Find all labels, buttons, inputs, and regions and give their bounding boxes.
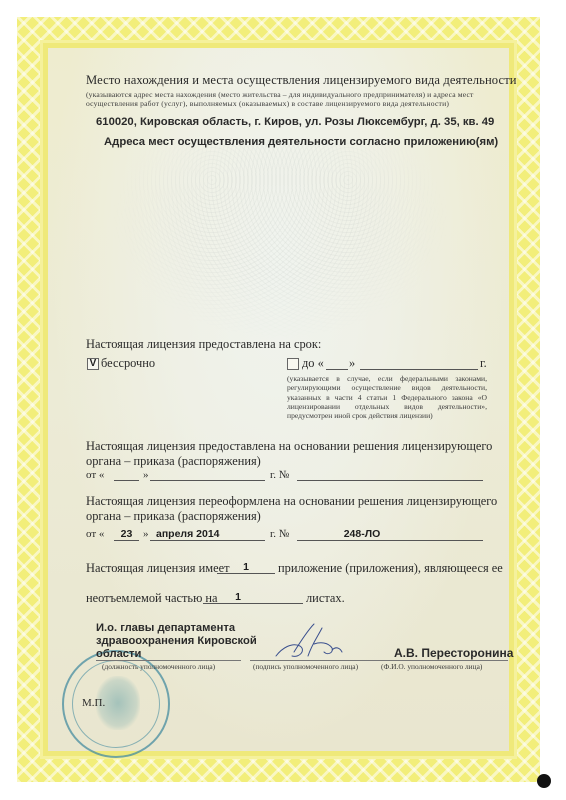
reissued-number-field[interactable] bbox=[297, 540, 483, 541]
reissued-year-label: г. № bbox=[270, 528, 289, 540]
seal-label: М.П. bbox=[82, 697, 105, 709]
appendix-count-value: 1 bbox=[217, 561, 275, 573]
signer-name: А.В. Пересторонина bbox=[394, 646, 513, 660]
reissued-quote-close: » bbox=[143, 528, 149, 540]
sheet-count-field[interactable] bbox=[203, 603, 303, 604]
reissued-month-year-value: апреля 2014 bbox=[150, 528, 236, 540]
position-caption: (должность уполномоченного лица) bbox=[102, 662, 215, 671]
handwritten-signature bbox=[270, 622, 350, 662]
address-text: 610020, Кировская область, г. Киров, ул.… bbox=[96, 116, 494, 128]
unlimited-checkbox[interactable]: V bbox=[87, 358, 99, 370]
until-prefix: до « bbox=[302, 356, 324, 371]
position-line bbox=[96, 660, 241, 661]
granted-number-field[interactable] bbox=[297, 480, 483, 481]
until-day-field[interactable] bbox=[326, 369, 348, 370]
places-text: Адреса мест осуществления деятельности с… bbox=[104, 136, 498, 148]
location-note-line1: (указываются адрес места нахождения (мес… bbox=[86, 90, 473, 99]
signature-line bbox=[250, 660, 380, 661]
granted-month-year-field[interactable] bbox=[150, 480, 265, 481]
granted-day-field[interactable] bbox=[114, 480, 139, 481]
reissued-day-value: 23 bbox=[114, 528, 139, 540]
granted-year-label: г. № bbox=[270, 469, 289, 481]
name-caption: (Ф.И.О. уполномоченного лица) bbox=[381, 662, 482, 671]
appendix-line2-prefix: неотъемлемой частью на bbox=[86, 591, 218, 606]
reissued-line1: Настоящая лицензия переоформлена на осно… bbox=[86, 494, 497, 509]
granted-quote-close: » bbox=[143, 469, 149, 481]
appendix-line1-prefix: Настоящая лицензия имеет bbox=[86, 561, 229, 576]
until-month-year-field[interactable] bbox=[360, 369, 478, 370]
reissued-line2: органа – приказа (распоряжения) bbox=[86, 509, 261, 524]
appendix-line1-suffix: приложение (приложения), являющееся ее bbox=[278, 561, 503, 576]
guilloche-pattern bbox=[110, 140, 450, 340]
until-mid: » bbox=[349, 356, 355, 371]
position-line1: И.о. главы департамента bbox=[96, 622, 235, 635]
name-line bbox=[378, 660, 508, 661]
until-note: (указывается в случае, если федеральными… bbox=[287, 374, 487, 420]
reissued-month-year-field[interactable] bbox=[150, 540, 265, 541]
appendix-count-field[interactable] bbox=[217, 573, 275, 574]
punch-hole bbox=[537, 774, 551, 788]
until-checkbox[interactable] bbox=[287, 358, 299, 370]
term-heading: Настоящая лицензия предоставлена на срок… bbox=[86, 337, 321, 352]
appendix-line2-suffix: листах. bbox=[306, 591, 345, 606]
signature-caption: (подпись уполномоченного лица) bbox=[253, 662, 358, 671]
position-line2: здравоохранения Кировской bbox=[96, 635, 257, 648]
unlimited-label: бессрочно bbox=[101, 356, 155, 371]
location-note-line2: осуществления работ (услуг), выполняемых… bbox=[86, 99, 449, 108]
granted-line1: Настоящая лицензия предоставлена на осно… bbox=[86, 439, 492, 454]
reissued-day-field[interactable] bbox=[114, 540, 139, 541]
granted-line2: органа – приказа (распоряжения) bbox=[86, 454, 261, 469]
reissued-from-label: от « bbox=[86, 528, 104, 540]
until-year-suffix: г. bbox=[480, 356, 487, 371]
location-heading: Место нахождения и места осуществления л… bbox=[86, 73, 517, 88]
reissued-number-value: 248-ЛО bbox=[297, 528, 427, 540]
sheet-count-value: 1 bbox=[203, 591, 273, 603]
granted-from-label: от « bbox=[86, 469, 104, 481]
